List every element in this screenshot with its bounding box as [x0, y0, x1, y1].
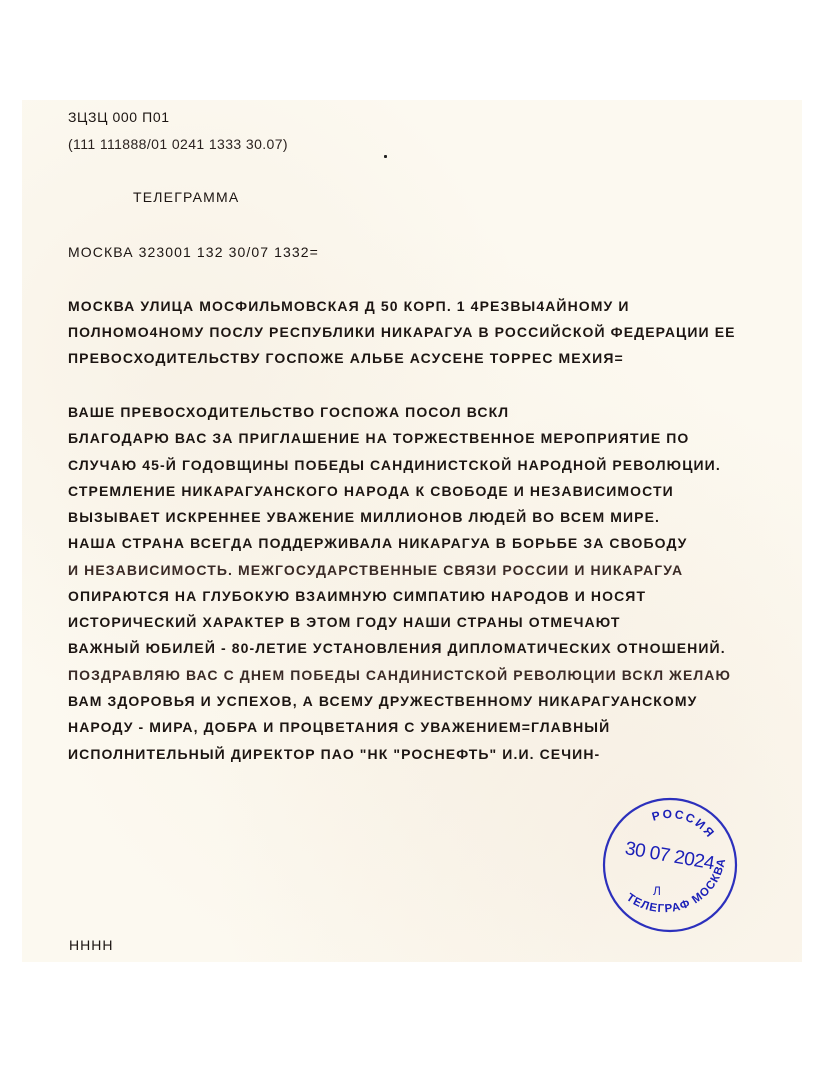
body-line-5: ВЫЗЫВАЕТ ИСКРЕННЕЕ УВАЖЕНИЕ МИЛЛИОНОВ ЛЮ… [68, 508, 660, 526]
body-line-4: СТРЕМЛЕНИЕ НИКАРАГУАНСКОГО НАРОДА К СВОБ… [68, 482, 674, 500]
body-line-9: ИСТОРИЧЕСКИЙ ХАРАКТЕР В ЭТОМ ГОДУ НАШИ С… [68, 613, 621, 631]
body-line-2: БЛАГОДАРЮ ВАС ЗА ПРИГЛАШЕНИЕ НА ТОРЖЕСТВ… [68, 429, 689, 447]
body-line-10: ВАЖНЫЙ ЮБИЛЕЙ - 80-ЛЕТИЕ УСТАНОВЛЕНИЯ ДИ… [68, 639, 726, 657]
body-line-3: СЛУЧАЮ 45-Й ГОДОВЩИНЫ ПОБЕДЫ САНДИНИСТСК… [68, 456, 721, 474]
body-line-6: НАША СТРАНА ВСЕГДА ПОДДЕРЖИВАЛА НИКАРАГУ… [68, 534, 688, 552]
round-stamp-icon: РОССИЯ ТЕЛЕГРАФ МОСКВА 30 07 2024 Л [595, 790, 745, 940]
address-line-2: ПОЛНОМО4НОМУ ПОСЛУ РЕСПУБЛИКИ НИКАРАГУА … [68, 323, 736, 341]
body-line-11: ПОЗДРАВЛЯЮ ВАС С ДНЕМ ПОБЕДЫ САНДИНИСТСК… [68, 666, 731, 684]
body-line-13: НАРОДУ - МИРА, ДОБРА И ПРОЦВЕТАНИЯ С УВА… [68, 718, 610, 736]
origin-line: МОСКВА 323001 132 30/07 1332= [68, 243, 319, 261]
svg-text:30 07 2024: 30 07 2024 [623, 838, 716, 874]
svg-text:РОССИЯ: РОССИЯ [647, 799, 722, 844]
header-code: ЗЦЗЦ 000 П01 [68, 108, 170, 126]
body-line-8: ОПИРАЮТСЯ НА ГЛУБОКУЮ ВЗАИМНУЮ СИМПАТИЮ … [68, 587, 646, 605]
header-reference: (111 111888/01 0241 1333 30.07) [68, 135, 288, 153]
svg-text:Л: Л [653, 884, 661, 898]
telegram-title: ТЕЛЕГРАММА [133, 188, 239, 206]
paper-speck [384, 155, 387, 158]
body-line-7: И НЕЗАВИСИМОСТЬ. МЕЖГОСУДАРСТВЕННЫЕ СВЯЗ… [68, 561, 683, 579]
end-of-message-mark: НННН [69, 937, 113, 953]
address-line-1: МОСКВА УЛИЦА МОСФИЛЬМОВСКАЯ Д 50 КОРП. 1… [68, 297, 630, 315]
address-line-3: ПРЕВОСХОДИТЕЛЬСТВУ ГОСПОЖЕ АЛЬБЕ АСУСЕНЕ… [68, 349, 624, 367]
body-line-14: ИСПОЛНИТЕЛЬНЫЙ ДИРЕКТОР ПАО "НК "РОСНЕФТ… [68, 745, 600, 763]
postal-stamp: РОССИЯ ТЕЛЕГРАФ МОСКВА 30 07 2024 Л [595, 790, 745, 940]
body-line-1: ВАШЕ ПРЕВОСХОДИТЕЛЬСТВО ГОСПОЖА ПОСОЛ ВС… [68, 403, 509, 421]
body-line-12: ВАМ ЗДОРОВЬЯ И УСПЕХОВ, А ВСЕМУ ДРУЖЕСТВ… [68, 692, 698, 710]
